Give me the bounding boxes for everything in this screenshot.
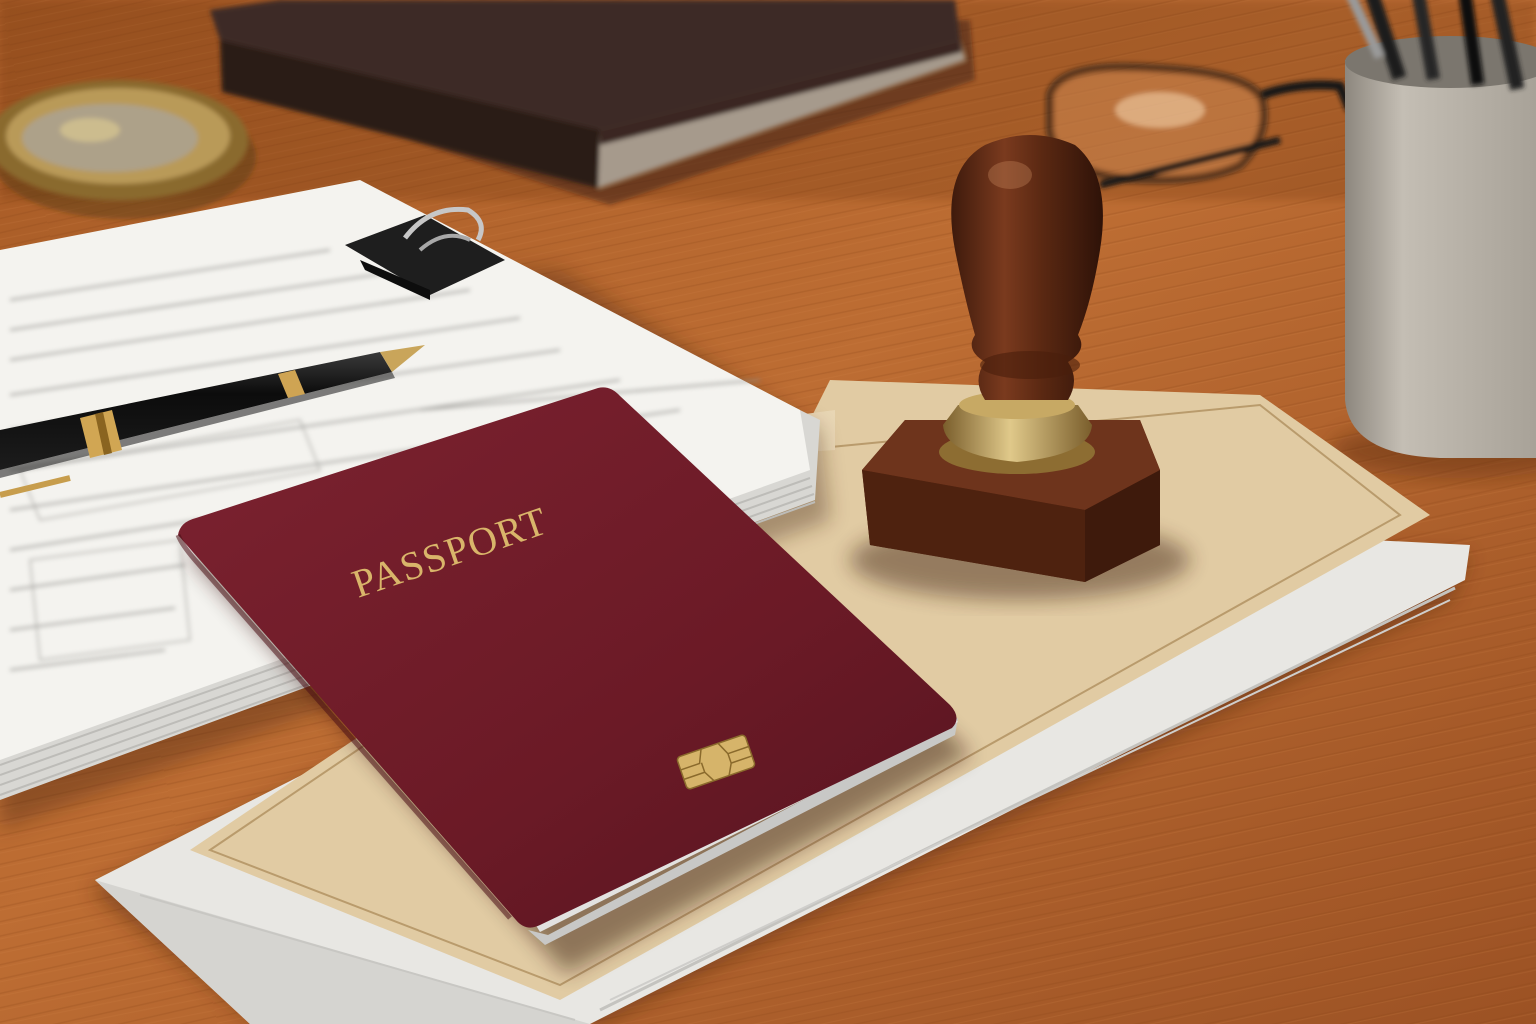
pen-cup	[1330, 0, 1536, 478]
desk-scene: PASSPORT	[0, 0, 1536, 1024]
